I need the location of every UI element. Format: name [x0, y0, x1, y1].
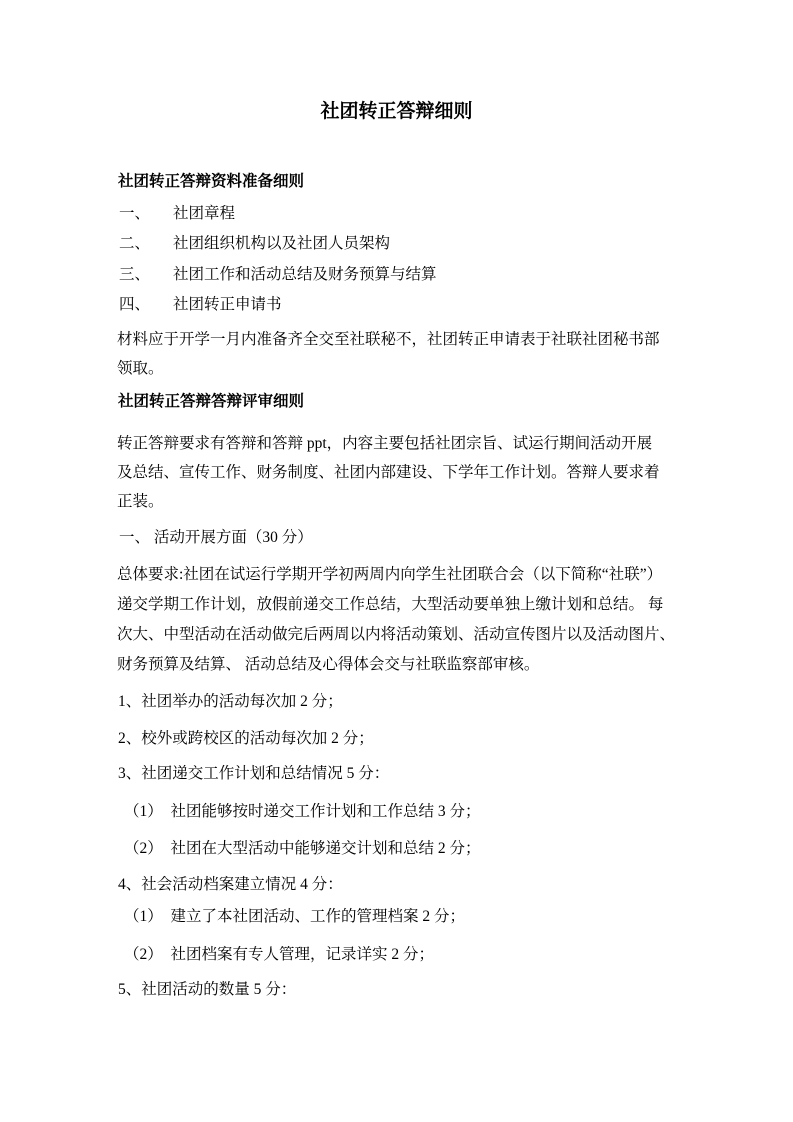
paragraph-line: 正装。 — [117, 487, 660, 516]
document-title: 社团转正答辩细则 — [0, 99, 793, 125]
paragraph-line: 及总结、宣传工作、财务制度、社团内部建设、下学年工作计划。答辩人要求着 — [117, 458, 660, 487]
list-item-text: 社团章程 — [173, 199, 235, 228]
score-item: 2、校外或跨校区的活动每次加 2 分； — [118, 724, 374, 753]
section1-heading: 社团转正答辩资料准备细则 — [118, 167, 304, 196]
list-item-text: 社团转正申请书 — [173, 290, 282, 319]
sub-heading-activity: 一、 活动开展方面（30 分） — [119, 523, 313, 552]
overall-requirements-paragraph: 总体要求:社团在试运行学期开学初两周内向学生社团联合会（以下简称“社联”） 递交… — [117, 560, 675, 680]
paragraph-line: 次大、中型活动在活动做完后两周以内将活动策划、活动宣传图片以及活动图片、 — [117, 620, 675, 650]
list-item-number: 一、 — [119, 199, 173, 228]
list-item-number: 三、 — [119, 260, 173, 289]
score-item: 3、社团递交工作计划和总结情况 5 分： — [118, 759, 389, 788]
document-page: 社团转正答辩细则 社团转正答辩资料准备细则 一、 社团章程 二、 社团组织机构以… — [0, 0, 793, 1122]
defense-intro-paragraph: 转正答辩要求有答辩和答辩 ppt，内容主要包括社团宗旨、试运行期间活动开展 及总… — [117, 429, 660, 516]
paragraph-line: 转正答辩要求有答辩和答辩 ppt，内容主要包括社团宗旨、试运行期间活动开展 — [117, 429, 660, 458]
list-item-number: 二、 — [119, 229, 173, 258]
list-item-text: 社团组织机构以及社团人员架构 — [173, 229, 390, 258]
paragraph-line: 领取。 — [117, 354, 660, 383]
paragraph-line: 递交学期工作计划，放假前递交工作总结，大型活动要单独上缴计划和总结。 每 — [117, 590, 675, 620]
score-sub-item: （1） 社团能够按时递交工作计划和工作总结 3 分； — [124, 797, 481, 826]
score-item: 5、社团活动的数量 5 分： — [118, 975, 296, 1004]
paragraph-line: 财务预算及结算、 活动总结及心得体会交与社联监察部审核。 — [117, 650, 675, 680]
list-item: 三、 社团工作和活动总结及财务预算与结算 — [119, 260, 437, 289]
score-sub-item: （2） 社团在大型活动中能够递交计划和总结 2 分； — [124, 834, 481, 863]
score-sub-item: （2） 社团档案有专人管理，记录详实 2 分； — [124, 940, 434, 969]
paragraph-line: 总体要求:社团在试运行学期开学初两周内向学生社团联合会（以下简称“社联”） — [117, 560, 675, 590]
materials-note-paragraph: 材料应于开学一月内准备齐全交至社联秘不，社团转正申请表于社联社团秘书部 领取。 — [117, 325, 660, 383]
score-sub-item: （1） 建立了本社团活动、工作的管理档案 2 分； — [124, 902, 465, 931]
score-item: 1、社团举办的活动每次加 2 分； — [118, 687, 343, 716]
paragraph-line: 材料应于开学一月内准备齐全交至社联秘不，社团转正申请表于社联社团秘书部 — [117, 325, 660, 354]
list-item: 四、 社团转正申请书 — [119, 290, 282, 319]
list-item: 二、 社团组织机构以及社团人员架构 — [119, 229, 390, 258]
list-item: 一、 社团章程 — [119, 199, 235, 228]
score-item: 4、社会活动档案建立情况 4 分： — [118, 870, 343, 899]
section2-heading: 社团转正答辩答辩评审细则 — [118, 387, 304, 416]
list-item-text: 社团工作和活动总结及财务预算与结算 — [173, 260, 437, 289]
list-item-number: 四、 — [119, 290, 173, 319]
